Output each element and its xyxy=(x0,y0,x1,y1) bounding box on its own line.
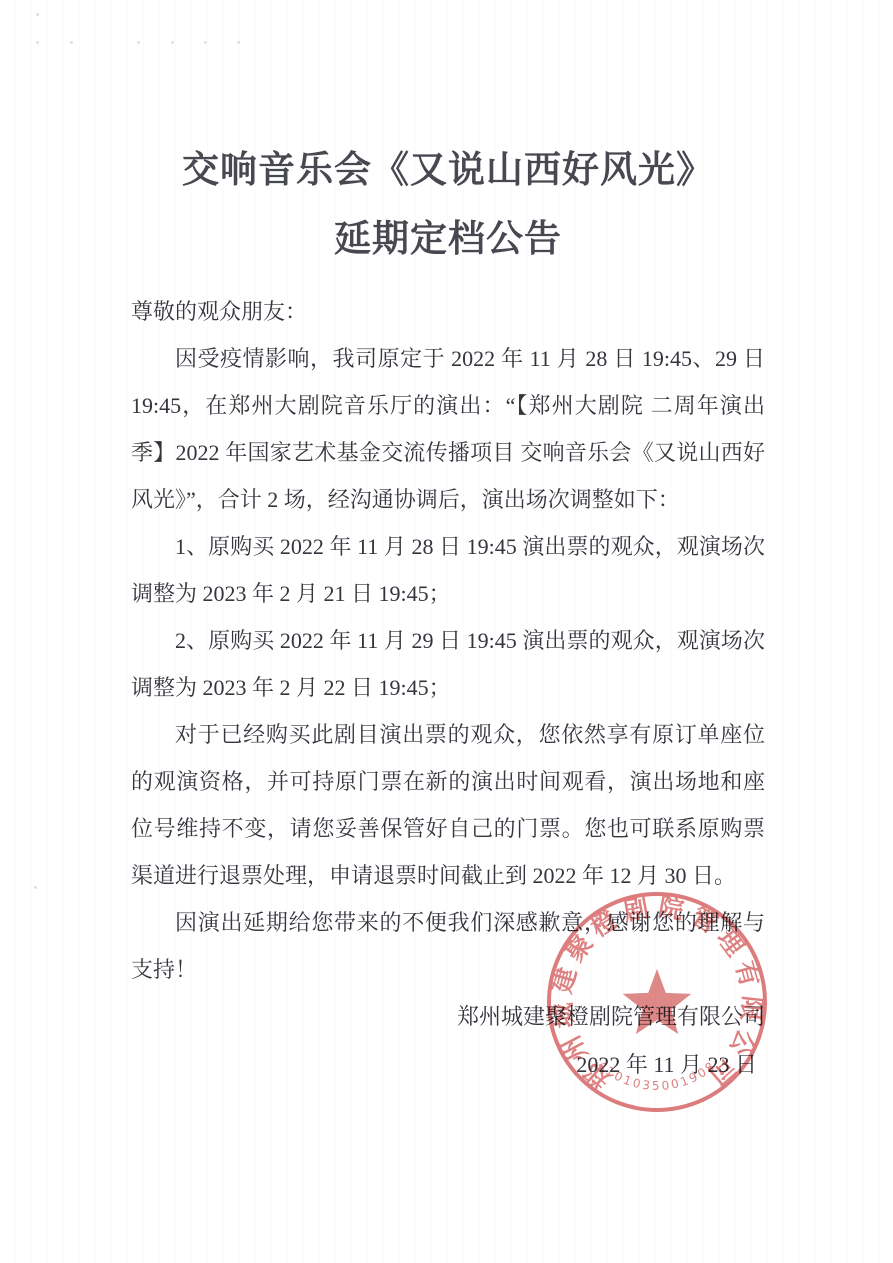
paragraph-ticket-policy: 对于已经购买此剧目演出票的观众，您依然享有原订单座位的观演资格，并可持原门票在新… xyxy=(131,711,765,899)
scan-artifact-dot xyxy=(70,41,73,44)
scan-artifact-dot xyxy=(237,41,240,44)
title-line-1: 交响音乐会《又说山西好风光》 xyxy=(131,136,765,205)
document-page: 交响音乐会《又说山西好风光》 延期定档公告 尊敬的观众朋友： 因受疫情影响，我司… xyxy=(0,0,893,1263)
scan-artifact-dot xyxy=(137,41,140,44)
seal-star-icon xyxy=(623,969,691,1034)
scan-artifact-dot xyxy=(36,41,39,44)
scan-artifact-dot xyxy=(204,41,207,44)
salutation: 尊敬的观众朋友： xyxy=(131,288,765,335)
paragraph-intro: 因受疫情影响，我司原定于 2022 年 11 月 28 日 19:45、29 日… xyxy=(131,335,765,523)
seal-registration-number: 4101035001908 xyxy=(595,1058,719,1093)
scan-artifact-dot xyxy=(171,41,174,44)
scan-artifact-dot xyxy=(36,13,39,16)
paragraph-item-2: 2、原购买 2022 年 11 月 29 日 19:45 演出票的观众，观演场次… xyxy=(131,617,765,711)
scan-artifact-dot xyxy=(34,886,37,889)
title-line-2: 延期定档公告 xyxy=(131,205,765,274)
document-title: 交响音乐会《又说山西好风光》 延期定档公告 xyxy=(131,136,765,274)
company-seal-stamp: 郑州城建聚橙剧院管理有限公司 4101035001908 xyxy=(542,887,772,1117)
paragraph-item-1: 1、原购买 2022 年 11 月 28 日 19:45 演出票的观众，观演场次… xyxy=(131,523,765,617)
